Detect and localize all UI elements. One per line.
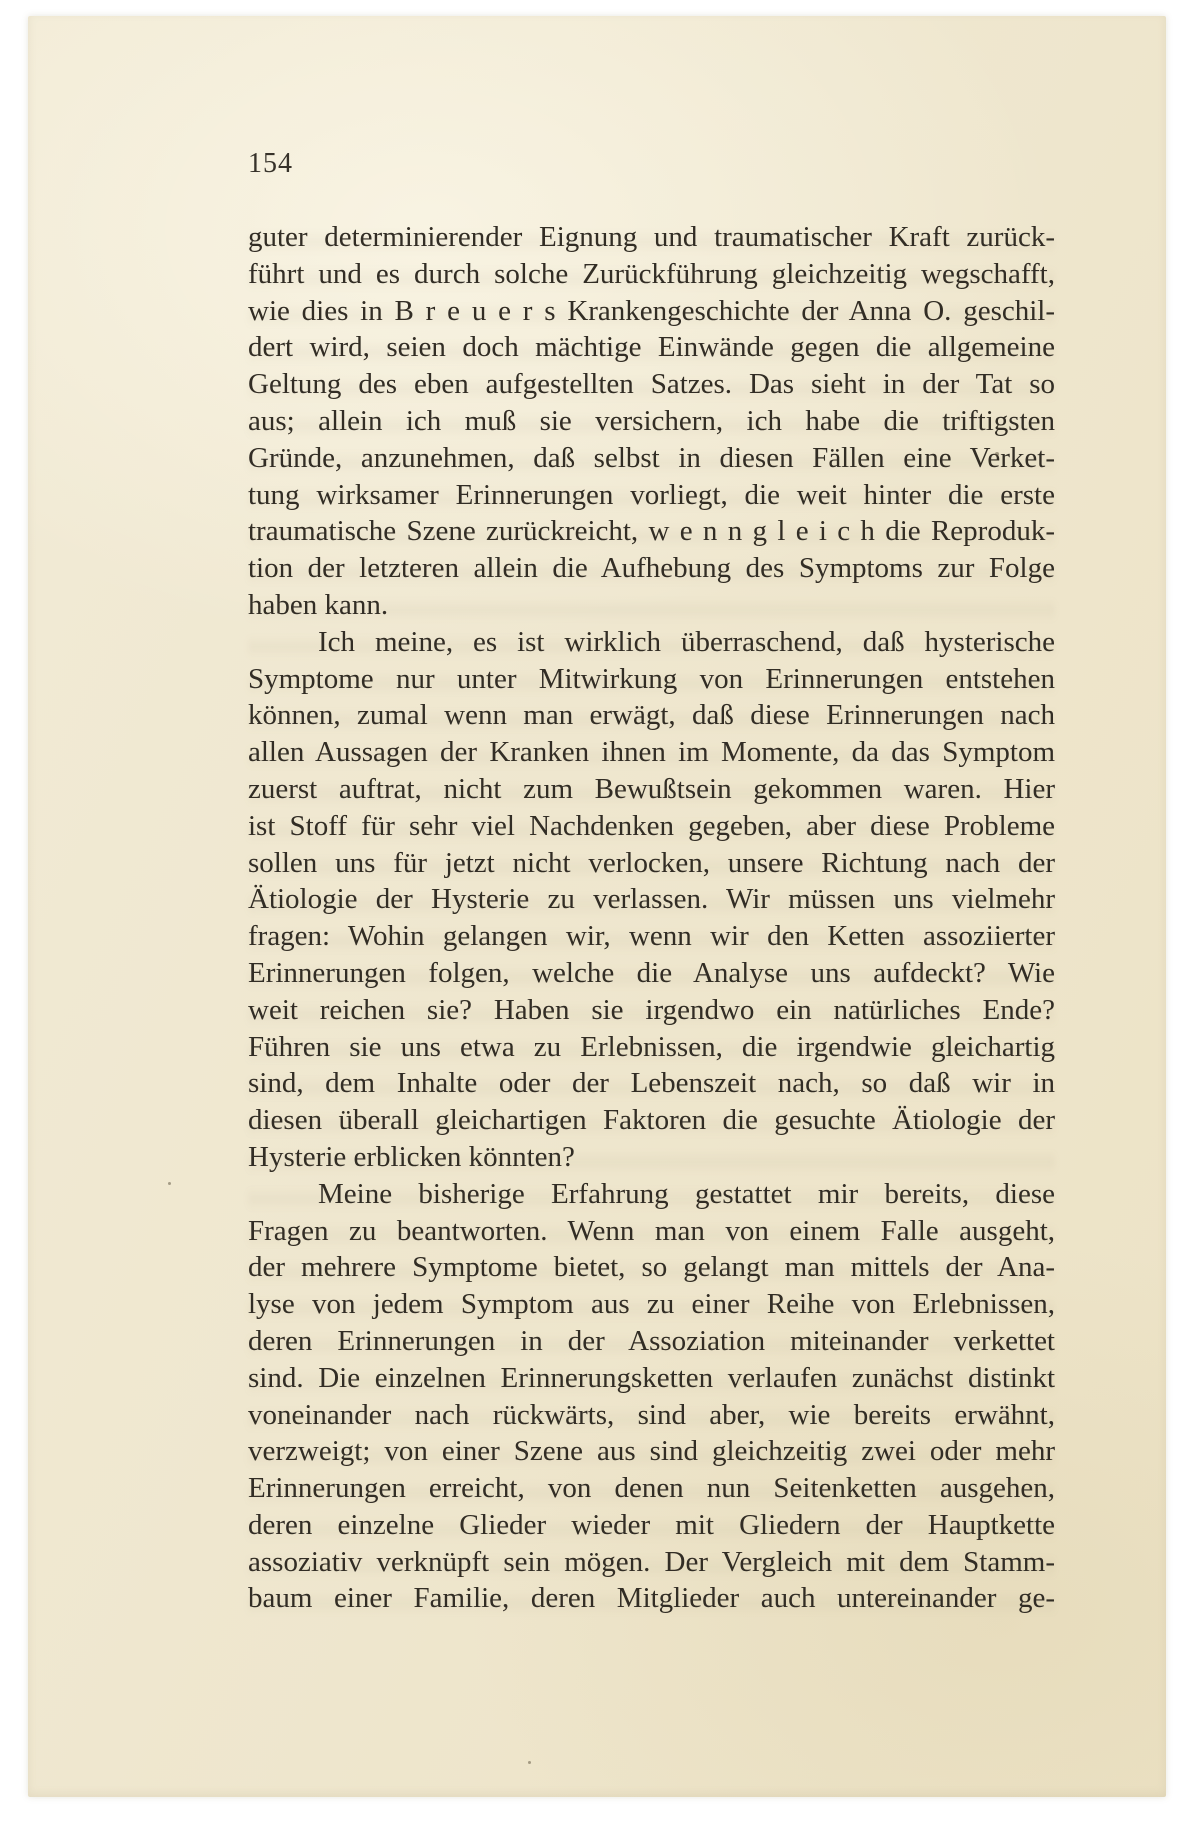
text-line: wie dies in B r e u e r s Krankengeschic… (248, 293, 1055, 330)
scan-background: 154 guter determinierender Eignung und t… (0, 0, 1199, 1822)
text-line: tion der letzteren allein die Aufhebung … (248, 550, 1055, 587)
text-line: fragen: Wohin gelangen wir, wenn wir den… (248, 918, 1055, 955)
text-line: ist Stoff für sehr viel Nachdenken gegeb… (248, 808, 1055, 845)
text-line: traumatische Szene zurückreicht, w e n n… (248, 513, 1055, 550)
text-line: führt und es durch solche Zurückführung … (248, 256, 1055, 293)
page-number: 154 (248, 148, 293, 180)
text-line: weit reichen sie? Haben sie irgendwo ein… (248, 992, 1055, 1029)
text-line: zuerst auftrat, nicht zum Bewußtsein gek… (248, 771, 1055, 808)
text-line: allen Aussagen der Kranken ihnen im Mome… (248, 734, 1055, 771)
scan-speck (528, 1761, 531, 1764)
scan-speck (168, 1182, 171, 1185)
text-line: Fragen zu beantworten. Wenn man von eine… (248, 1213, 1055, 1250)
text-line: guter determinierender Eignung und traum… (248, 219, 1055, 256)
text-line: deren einzelne Glieder wieder mit Gliede… (248, 1507, 1055, 1544)
text-line: sind. Die einzelnen Erinnerungsketten ve… (248, 1360, 1055, 1397)
text-line: haben kann. (248, 587, 1055, 624)
text-line: Ich meine, es ist wirklich überraschend,… (248, 624, 1055, 661)
text-line: Hysterie erblicken könnten? (248, 1139, 1055, 1176)
book-page: 154 guter determinierender Eignung und t… (28, 16, 1166, 1797)
text-line: Gründe, anzunehmen, daß selbst in diesen… (248, 440, 1055, 477)
body-text: guter determinierender Eignung und traum… (248, 219, 1055, 1617)
text-line: Ätiologie der Hysterie zu verlassen. Wir… (248, 881, 1055, 918)
text-line: Führen sie uns etwa zu Erlebnissen, die … (248, 1029, 1055, 1066)
text-line: Geltung des eben aufgestellten Satzes. D… (248, 366, 1055, 403)
text-line: der mehrere Symptome bietet, so gelangt … (248, 1249, 1055, 1286)
text-line: assoziativ verknüpft sein mögen. Der Ver… (248, 1544, 1055, 1581)
text-line: diesen überall gleichartigen Faktoren di… (248, 1102, 1055, 1139)
text-line: verzweigt; von einer Szene aus sind glei… (248, 1433, 1055, 1470)
text-line: tung wirksamer Erinnerungen vorliegt, di… (248, 477, 1055, 514)
text-line: aus; allein ich muß sie versichern, ich … (248, 403, 1055, 440)
text-line: Meine bisherige Erfahrung gestattet mir … (248, 1176, 1055, 1213)
text-line: voneinander nach rückwärts, sind aber, w… (248, 1397, 1055, 1434)
text-line: baum einer Familie, deren Mitglieder auc… (248, 1580, 1055, 1617)
text-line: sind, dem Inhalte oder der Lebenszeit na… (248, 1065, 1055, 1102)
text-line: sollen uns für jetzt nicht verlocken, un… (248, 845, 1055, 882)
text-line: können, zumal wenn man erwägt, daß diese… (248, 697, 1055, 734)
text-line: dert wird, seien doch mächtige Einwände … (248, 329, 1055, 366)
text-line: Erinnerungen erreicht, von denen nun Sei… (248, 1470, 1055, 1507)
text-line: deren Erinnerungen in der Assoziation mi… (248, 1323, 1055, 1360)
text-line: lyse von jedem Symptom aus zu einer Reih… (248, 1286, 1055, 1323)
text-line: Symptome nur unter Mitwirkung von Erinne… (248, 661, 1055, 698)
text-line: Erinnerungen folgen, welche die Analyse … (248, 955, 1055, 992)
